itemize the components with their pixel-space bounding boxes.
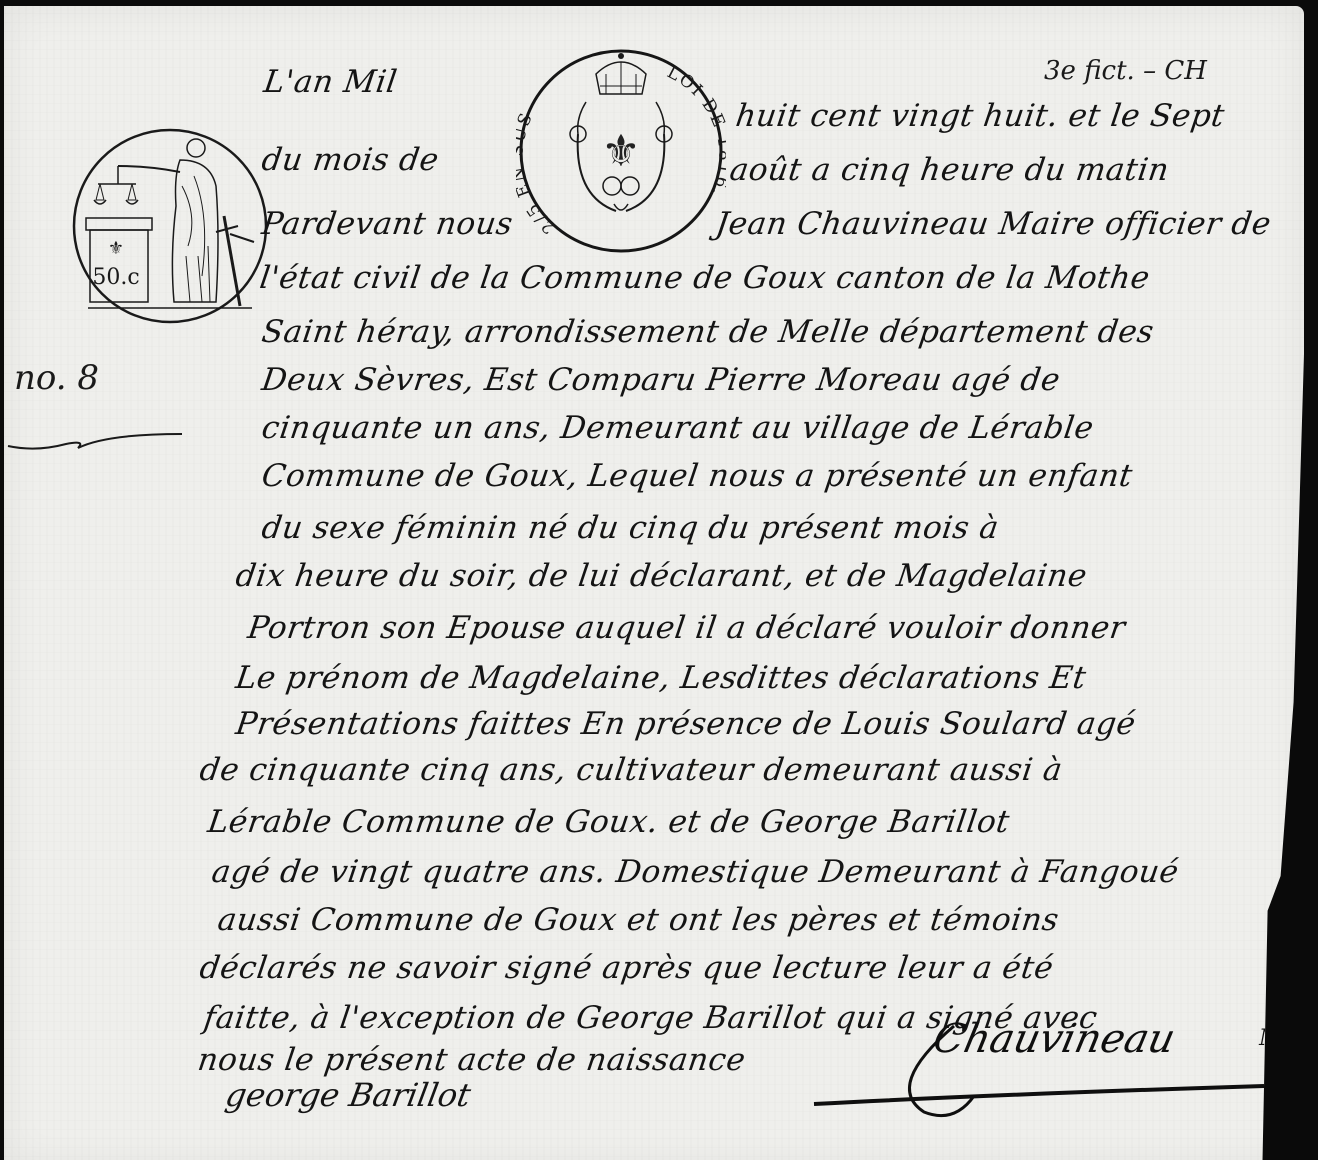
- body-line-3b: Jean Chauvineau Maire officier de: [713, 206, 1273, 242]
- royal-seal-stamp-icon: 2/5 EN SUS LOI DE 1816. ⚜: [516, 46, 726, 256]
- justice-stamp-icon: ⚜ 50.c: [70, 126, 270, 326]
- body-line-18: déclarés ne savoir signé après que lectu…: [197, 950, 1055, 986]
- body-line-14: de cinquante cinq ans, cultivateur demeu…: [197, 752, 1064, 788]
- svg-text:⚜: ⚜: [601, 126, 640, 177]
- seal-left-text: 2/5 EN SUS: [516, 109, 559, 238]
- body-line-9: du sexe féminin né du cinq du présent mo…: [259, 510, 1001, 546]
- body-line-1b: huit cent vingt huit. et le Sept: [733, 98, 1226, 134]
- mayor-signature: Chauvineau: [929, 1016, 1179, 1062]
- body-line-12: Le prénom de Magdelaine, Lesdittes décla…: [233, 660, 1088, 696]
- stamp-value: 50.c: [92, 265, 139, 290]
- body-line-2b: août a cinq heure du matin: [727, 152, 1171, 188]
- body-line-10: dix heure du soir, de lui déclarant, et …: [233, 558, 1089, 594]
- body-line-15: Lérable Commune de Goux. et de George Ba…: [205, 804, 1011, 840]
- record-number: no. 8: [14, 358, 99, 398]
- document-page: ⚜ 50.c 2/5 EN SUS LOI DE 1816.: [4, 6, 1304, 1160]
- seal-right-text: LOI DE 1816.: [664, 62, 726, 200]
- body-line-20: nous le présent acte de naissance: [195, 1042, 747, 1078]
- body-line-16: agé de vingt quatre ans. Domestique Deme…: [209, 854, 1181, 890]
- corner-annotation: 3e fict. – CH: [1044, 56, 1207, 86]
- body-line-4: l'état civil de la Commune de Goux canto…: [257, 260, 1152, 296]
- body-line-8: Commune de Goux, Lequel nous a présenté …: [259, 458, 1134, 494]
- body-line-17: aussi Commune de Goux et ont les pères e…: [215, 902, 1061, 938]
- body-line-11: Portron son Epouse auquel il a déclaré v…: [245, 610, 1127, 646]
- body-line-5: Saint héray, arrondissement de Melle dép…: [259, 314, 1156, 350]
- body-line-6: Deux Sèvres, Est Comparu Pierre Moreau a…: [259, 362, 1062, 398]
- body-line-2a: du mois de: [259, 142, 441, 178]
- mayor-title: Mre.: [1259, 1026, 1312, 1051]
- witness-signature: george Barillot: [223, 1076, 474, 1114]
- body-line-3a: Pardevant nous: [259, 206, 515, 242]
- body-line-13: Présentations faittes En présence de Lou…: [233, 706, 1138, 742]
- body-line-1a: L'an Mil: [261, 64, 399, 100]
- body-line-7: cinquante un ans, Demeurant au village d…: [259, 410, 1096, 446]
- margin-brace-icon: [6, 424, 184, 454]
- svg-text:LOI DE 1816.: LOI DE 1816.: [664, 62, 726, 200]
- svg-text:⚜: ⚜: [108, 238, 124, 259]
- svg-text:2/5 EN SUS: 2/5 EN SUS: [516, 109, 559, 238]
